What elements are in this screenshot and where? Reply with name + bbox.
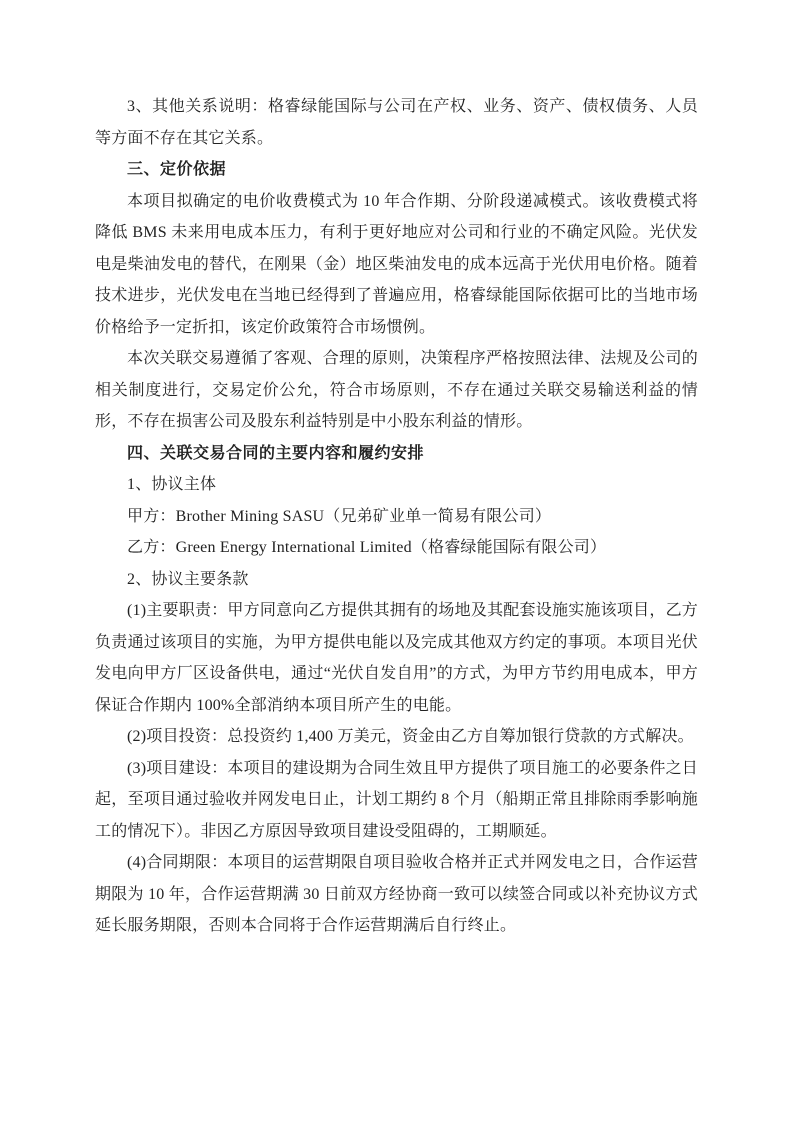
- paragraph-project-construction: (3)项目建设：本项目的建设期为合同生效且甲方提供了项目施工的必要条件之日起，至…: [95, 753, 698, 848]
- paragraph-main-duties: (1)主要职责：甲方同意向乙方提供其拥有的场地及其配套设施实施该项目，乙方负责通…: [95, 595, 698, 721]
- paragraph-agreement-parties: 1、协议主体: [95, 469, 698, 501]
- paragraph-other-relations: 3、其他关系说明：格睿绿能国际与公司在产权、业务、资产、债权债务、人员等方面不存…: [95, 91, 698, 154]
- paragraph-transaction-fairness: 本次关联交易遵循了客观、合理的原则，决策程序严格按照法律、法规及公司的相关制度进…: [95, 343, 698, 438]
- heading-contract-content: 四、关联交易合同的主要内容和履约安排: [95, 438, 698, 470]
- document-page: 3、其他关系说明：格睿绿能国际与公司在产权、业务、资产、债权债务、人员等方面不存…: [0, 0, 794, 1123]
- paragraph-party-b: 乙方：Green Energy International Limited（格睿…: [95, 532, 698, 564]
- heading-pricing-basis: 三、定价依据: [95, 154, 698, 186]
- paragraph-project-investment: (2)项目投资：总投资约 1,400 万美元，资金由乙方自筹加银行贷款的方式解决…: [95, 721, 698, 753]
- paragraph-main-terms-label: 2、协议主要条款: [95, 564, 698, 596]
- paragraph-contract-term: (4)合同期限：本项目的运营期限自项目验收合格并正式并网发电之日，合作运营期限为…: [95, 847, 698, 942]
- paragraph-pricing-model: 本项目拟确定的电价收费模式为 10 年合作期、分阶段递减模式。该收费模式将降低 …: [95, 186, 698, 344]
- paragraph-party-a: 甲方：Brother Mining SASU（兄弟矿业单一简易有限公司）: [95, 501, 698, 533]
